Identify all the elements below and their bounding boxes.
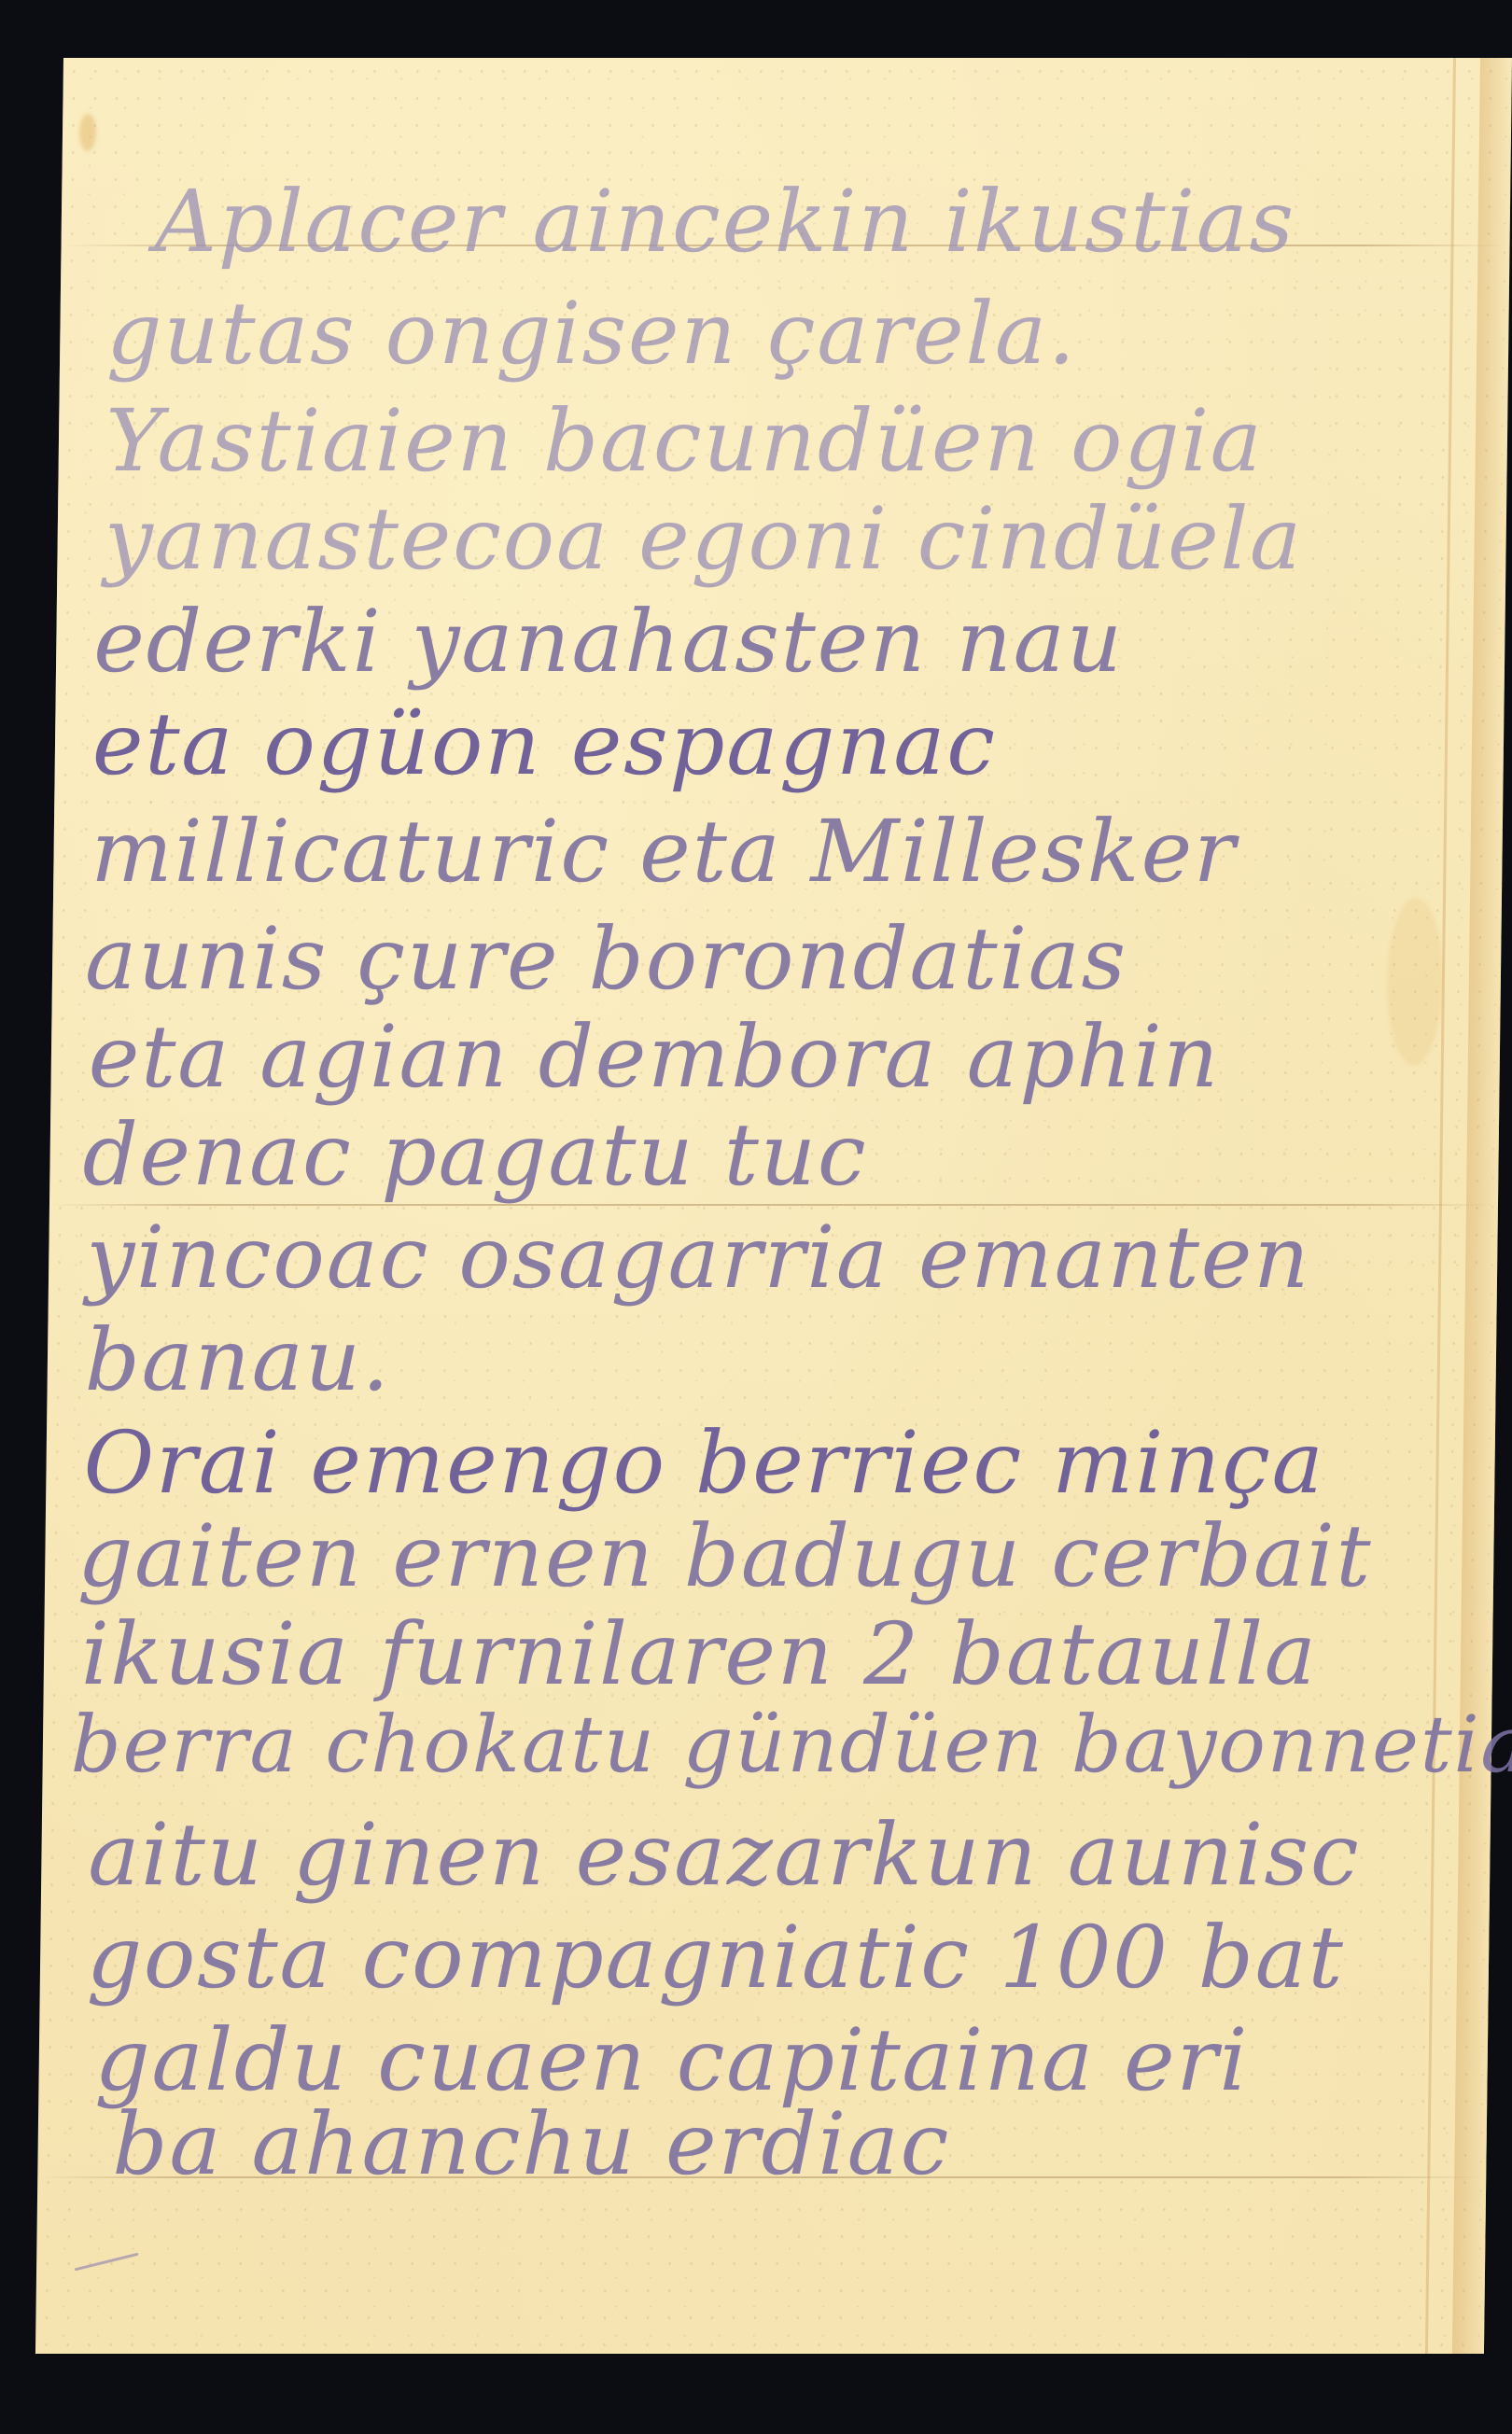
letter-line-11: yincoac osagarria emanten [86, 1215, 1311, 1301]
fold-line-vertical [1425, 58, 1456, 2354]
letter-line-5: ederki yanahasten nau [93, 599, 1125, 685]
letter-line-17: aitu ginen esazarkun aunisc [88, 1812, 1361, 1898]
letter-line-14: gaiten ernen badugu cerbait [77, 1514, 1373, 1600]
letter-line-13: Orai emengo berriec minça [83, 1420, 1325, 1506]
letter-line-9: eta agian dembora aphin [88, 1014, 1221, 1100]
letter-line-7: millicaturic eta Millesker [91, 809, 1238, 895]
letter-line-10: denac pagatu tuc [82, 1112, 868, 1198]
pencil-stroke-mark [75, 2253, 139, 2272]
letter-line-16: berra chokatu gündüen bayonnetian [70, 1705, 1512, 1784]
letter-line-8: aunis çure borondatias [85, 916, 1128, 1002]
stain [1386, 898, 1444, 1066]
letter-line-6: eta ogüon espagnac [91, 702, 997, 788]
letter-line-1: Aplacer aincekin ikustias [154, 179, 1295, 265]
letter-line-2: gutas ongisen çarela. [106, 291, 1078, 377]
letter-line-20: ba ahanchu erdiac [112, 2102, 951, 2188]
letter-paper: Aplacer aincekin ikustias gutas ongisen … [35, 58, 1512, 2354]
letter-line-12: banau. [84, 1318, 391, 1404]
letter-line-19: galdu cuaen capitaina eri [94, 2018, 1249, 2104]
letter-line-3: Yastiaien bacundüen ogia [105, 399, 1264, 484]
letter-line-4: yanastecoa egoni cindüela [104, 497, 1303, 582]
letter-line-15: ikusia furnilaren 2 bataulla [81, 1612, 1319, 1698]
letter-line-18: gosta compagniatic 100 bat [87, 1915, 1346, 2001]
stain [79, 114, 96, 151]
